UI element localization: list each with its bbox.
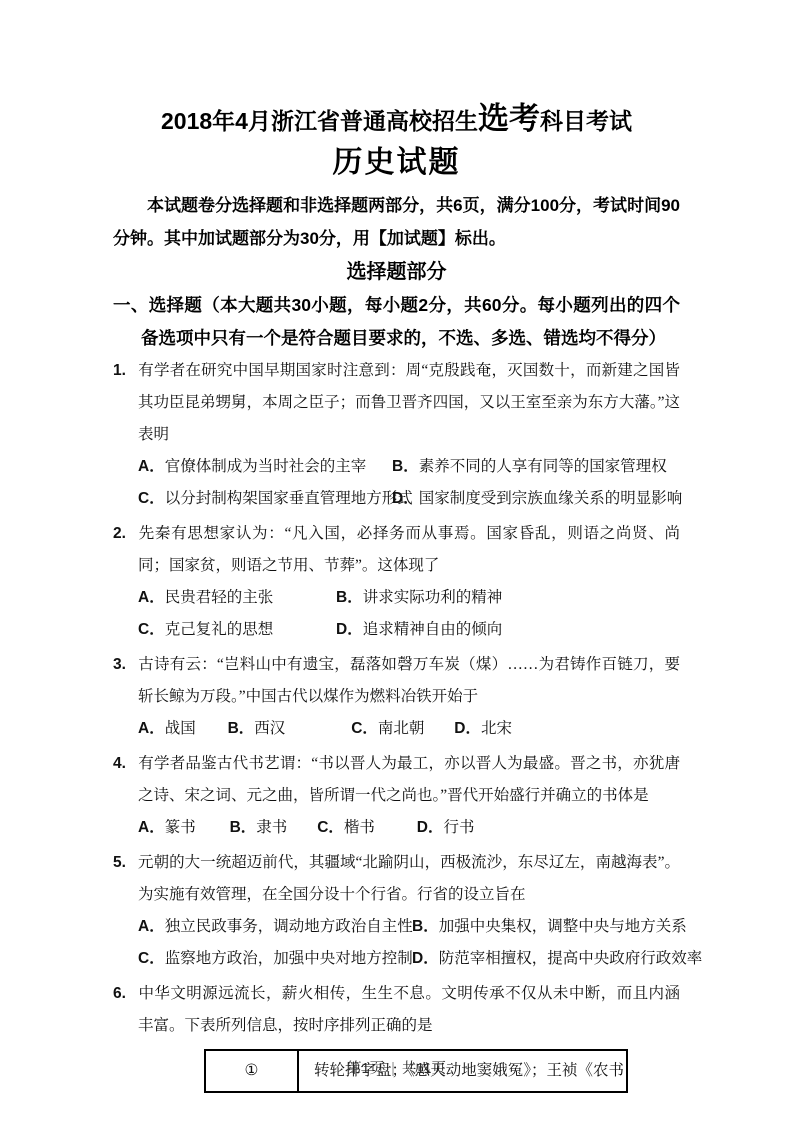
question-number: 2. xyxy=(113,518,138,550)
option-d: D．行书 xyxy=(417,812,475,844)
question-number: 6. xyxy=(113,978,138,1010)
exam-intro: 本试题卷分选择题和非选择题两部分，共6页，满分100分，考试时间90分钟。其中加… xyxy=(113,189,680,255)
options-row: C．以分封制构架国家垂直管理地方形式 D．国家制度受到宗族血缘关系的明显影响 xyxy=(113,483,680,515)
question-4: 4.有学者品鉴古代书艺谓：“书以晋人为最工，亦以晋人为最盛。晋之书，亦犹唐之诗、… xyxy=(113,748,680,844)
option-b: B．加强中央集权，调整中央与地方关系 xyxy=(412,911,687,943)
option-c: C．楷书 xyxy=(317,812,375,844)
question-text: 有学者品鉴古代书艺谓：“书以晋人为最工，亦以晋人为最盛。晋之书，亦犹唐之诗、宋之… xyxy=(138,755,680,804)
option-a: A．战国 xyxy=(138,713,196,745)
option-a: A．篆书 xyxy=(138,812,196,844)
option-d: D．北宋 xyxy=(454,713,512,745)
exam-title: 2018年4月浙江省普通高校招生选考科目考试 xyxy=(113,101,680,139)
exam-page: 2018年4月浙江省普通高校招生选考科目考试 历史试题 本试题卷分选择题和非选择… xyxy=(0,0,793,1122)
question-text: 先秦有思想家认为：“凡入国，必择务而从事焉。国家昏乱，则语之尚贤、尚同；国家贫，… xyxy=(138,525,680,574)
options-row: A．战国 B．西汉 C．南北朝 D．北宋 xyxy=(113,713,680,745)
part-heading: 一、选择题（本大题共30小题，每小题2分，共60分。每小题列出的四个备选项中只有… xyxy=(113,289,680,355)
option-b: B．讲求实际功利的精神 xyxy=(336,582,502,614)
question-text: 古诗有云：“岂料山中有遗宝，磊落如磬万车炭（煤）……为君铸作百链刀，要斩长鲸为万… xyxy=(138,656,680,705)
question-number: 3. xyxy=(113,649,138,681)
question-stem: 4.有学者品鉴古代书艺谓：“书以晋人为最工，亦以晋人为最盛。晋之书，亦犹唐之诗、… xyxy=(113,748,680,812)
options-row: C．监察地方政治，加强中央对地方控制 D．防范宰相擅权，提高中央政府行政效率 xyxy=(113,943,680,975)
options-row: A．官僚体制成为当时社会的主宰 B．素养不同的人享有同等的国家管理权 xyxy=(113,451,680,483)
exam-title-suffix: 科目考试 xyxy=(540,108,632,134)
option-a: A．独立民政事务，调动地方政治自主性 xyxy=(138,911,400,943)
question-stem: 3.古诗有云：“岂料山中有遗宝，磊落如磬万车炭（煤）……为君铸作百链刀，要斩长鲸… xyxy=(113,649,680,713)
option-c: C．以分封制构架国家垂直管理地方形式 xyxy=(138,483,380,515)
question-3: 3.古诗有云：“岂料山中有遗宝，磊落如磬万车炭（煤）……为君铸作百链刀，要斩长鲸… xyxy=(113,649,680,745)
section-title: 选择题部分 xyxy=(113,255,680,289)
page-footer: 第1页|共11页 xyxy=(0,1057,793,1078)
option-c: C．监察地方政治，加强中央对地方控制 xyxy=(138,943,400,975)
question-text: 有学者在研究中国早期国家时注意到：周“克殷践奄，灭国数十，而新建之国皆其功臣昆弟… xyxy=(138,362,680,443)
options-row: A．民贵君轻的主张 B．讲求实际功利的精神 xyxy=(113,582,680,614)
option-c: C．克己复礼的思想 xyxy=(138,614,324,646)
question-stem: 6.中华文明源远流长，薪火相传，生生不息。文明传承不仅从未中断，而且内涵丰富。下… xyxy=(113,978,680,1042)
option-a: A．官僚体制成为当时社会的主宰 xyxy=(138,451,380,483)
option-c: C．南北朝 xyxy=(351,713,424,745)
footer-divider: | xyxy=(391,1061,395,1077)
option-d: D．国家制度受到宗族血缘关系的明显影响 xyxy=(392,483,682,515)
question-stem: 1.有学者在研究中国早期国家时注意到：周“克殷践奄，灭国数十，而新建之国皆其功臣… xyxy=(113,355,680,451)
question-stem: 5.元朝的大一统超迈前代，其疆域“北踰阴山，西极流沙，东尽辽左，南越海表”。为实… xyxy=(113,847,680,911)
question-stem: 2.先秦有思想家认为：“凡入国，必择务而从事焉。国家昏乱，则语之尚贤、尚同；国家… xyxy=(113,518,680,582)
question-text: 中华文明源远流长，薪火相传，生生不息。文明传承不仅从未中断，而且内涵丰富。下表所… xyxy=(138,985,680,1034)
options-row: A．篆书 B．隶书 C．楷书 D．行书 xyxy=(113,812,680,844)
options-row: C．克己复礼的思想 D．追求精神自由的倾向 xyxy=(113,614,680,646)
question-2: 2.先秦有思想家认为：“凡入国，必择务而从事焉。国家昏乱，则语之尚贤、尚同；国家… xyxy=(113,518,680,646)
option-b: B．素养不同的人享有同等的国家管理权 xyxy=(392,451,667,483)
question-text: 元朝的大一统超迈前代，其疆域“北踰阴山，西极流沙，东尽辽左，南越海表”。为实施有… xyxy=(138,854,680,903)
question-number: 5. xyxy=(113,847,138,879)
option-d: D．防范宰相擅权，提高中央政府行政效率 xyxy=(412,943,702,975)
question-number: 1. xyxy=(113,355,138,387)
exam-title-prefix: 2018年4月浙江省普通高校招生 xyxy=(161,108,478,134)
exam-title-highlight: 选考 xyxy=(478,101,540,136)
option-d: D．追求精神自由的倾向 xyxy=(336,614,502,646)
option-a: A．民贵君轻的主张 xyxy=(138,582,324,614)
page-number: 第1页 xyxy=(347,1061,384,1077)
option-b: B．隶书 xyxy=(230,812,288,844)
question-number: 4. xyxy=(113,748,138,780)
exam-subtitle: 历史试题 xyxy=(113,139,680,187)
total-pages: 共11页 xyxy=(402,1061,446,1077)
question-1: 1.有学者在研究中国早期国家时注意到：周“克殷践奄，灭国数十，而新建之国皆其功臣… xyxy=(113,355,680,515)
option-b: B．西汉 xyxy=(228,713,286,745)
options-row: A．独立民政事务，调动地方政治自主性 B．加强中央集权，调整中央与地方关系 xyxy=(113,911,680,943)
question-list: 1.有学者在研究中国早期国家时注意到：周“克殷践奄，灭国数十，而新建之国皆其功臣… xyxy=(113,355,680,1093)
question-5: 5.元朝的大一统超迈前代，其疆域“北踰阴山，西极流沙，东尽辽左，南越海表”。为实… xyxy=(113,847,680,975)
